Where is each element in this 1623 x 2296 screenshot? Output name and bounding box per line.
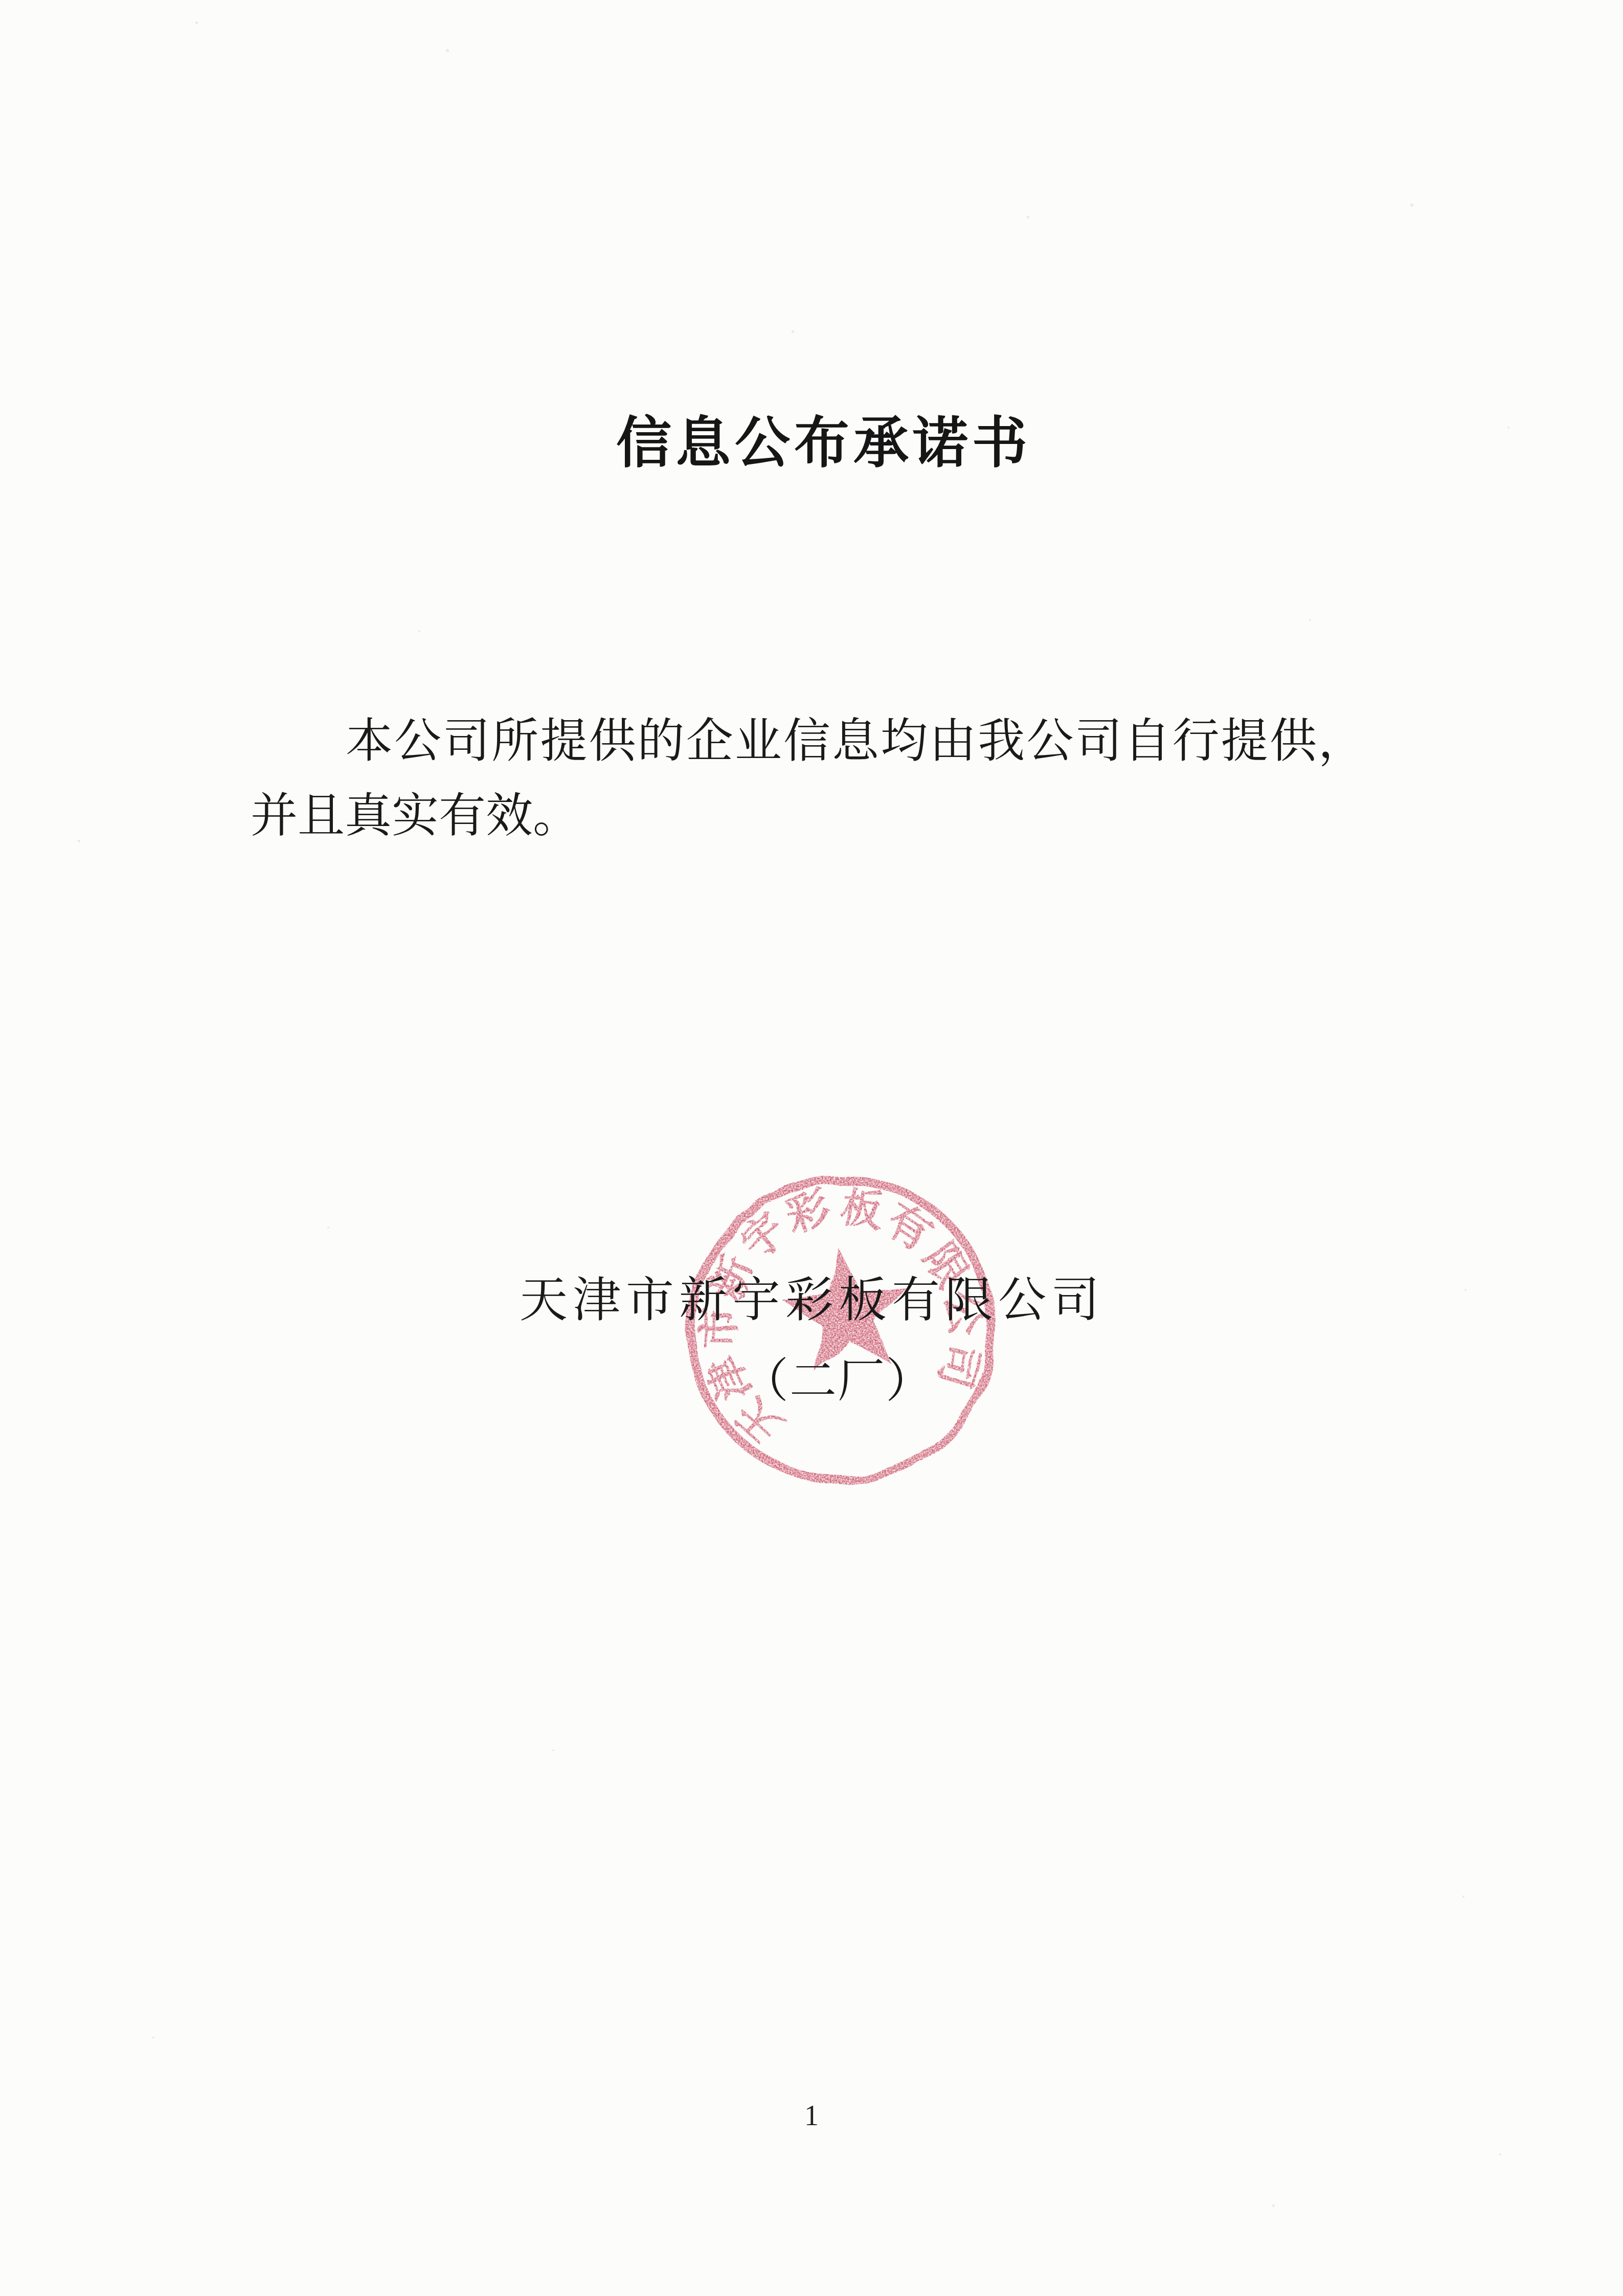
document-title: 信息公布承诺书 [12, 412, 1623, 476]
company-branch: （二厂） [741, 1355, 934, 1407]
company-name: 天津市新宇彩板有限公司 [520, 1277, 1104, 1325]
page-number: 1 [0, 2099, 1623, 2133]
commitment-paragraph: 本公司所提供的企业信息均由我公司自行提供，并且真实有效。 [251, 704, 1365, 853]
seal-ring-char: 板 [836, 1183, 886, 1236]
document-page: 信息公布承诺书 本公司所提供的企业信息均由我公司自行提供，并且真实有效。 天津市… [0, 0, 1623, 2296]
company-seal: 天津市新宇彩板有限公司 [662, 1151, 1020, 1509]
